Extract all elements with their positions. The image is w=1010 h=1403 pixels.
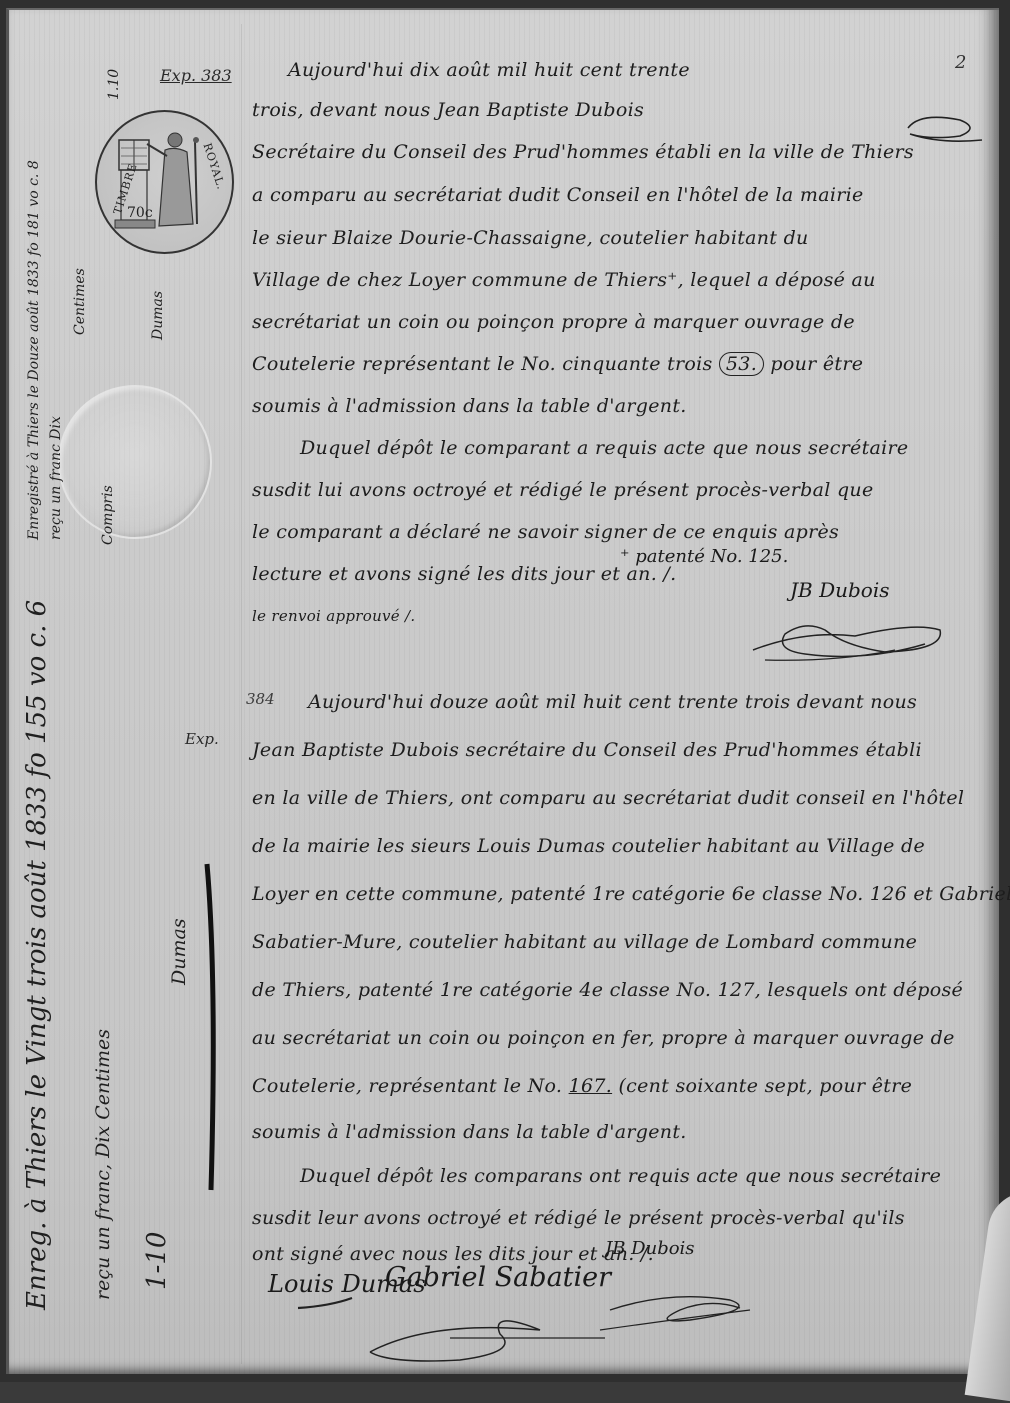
deposited-mark-number-53: 53. xyxy=(719,352,764,376)
entry-1-line-12: le comparant a déclaré ne savoir signer … xyxy=(252,520,839,544)
signature-flourishes-bottom xyxy=(290,1290,990,1382)
entry-2-line-12: susdit leur avons octroyé et rédigé le p… xyxy=(252,1206,905,1230)
entry-2-line-1: Aujourd'hui douze août mil huit cent tre… xyxy=(308,690,917,714)
registration-note-top-compris: Compris xyxy=(100,485,116,545)
entry-1-line-2: trois, devant nous Jean Baptiste Dubois xyxy=(252,98,644,122)
entry-1-line-14: le renvoi approuvé /. xyxy=(252,604,415,628)
signature-dubois-1: JB Dubois xyxy=(790,578,890,602)
entry-1-line-10: Duquel dépôt le comparant a requis acte … xyxy=(300,436,908,460)
scan-frame: 2 Exp. 383 TIMBRE ROYAL. 70c Enregistré … xyxy=(0,0,1010,1382)
margin-reference-top: Exp. 383 xyxy=(160,66,232,85)
entry-1-line-1: Aujourd'hui dix août mil huit cent trent… xyxy=(288,58,690,82)
entry-1-line-6: Village de chez Loyer commune de Thiers⁺… xyxy=(252,268,876,292)
entry-2-line-10: soumis à l'admission dans la table d'arg… xyxy=(252,1120,687,1144)
registration-note-bottom-line2: reçu un franc, Dix Centimes xyxy=(92,1029,114,1300)
signature-dubois-2: JB Dubois xyxy=(605,1238,695,1259)
entry-2-line-11: Duquel dépôt les comparans ont requis ac… xyxy=(300,1164,941,1188)
entry-2-line-6: Sabatier-Mure, coutelier habitant au vil… xyxy=(252,930,917,954)
margin-pen-stroke xyxy=(195,860,225,1200)
registration-fee-top: 1.10 xyxy=(106,69,122,100)
royal-tax-stamp: TIMBRE ROYAL. 70c xyxy=(95,110,234,254)
entry-2-line-9-text: Coutelerie, représentant le No. xyxy=(252,1075,562,1097)
entry-2-line-8: au secrétariat un coin ou poinçon en fer… xyxy=(252,1026,955,1050)
margin-rule xyxy=(241,24,242,1364)
margin-reference-bottom: Exp. xyxy=(185,730,219,748)
entry-1-line-7: secrétariat un coin ou poinçon propre à … xyxy=(252,310,855,334)
registration-note-top-line1: Enregistré à Thiers le Douze août 1833 f… xyxy=(26,160,42,540)
entry-2-line-7: de Thiers, patenté 1re catégorie 4e clas… xyxy=(252,978,963,1002)
registrar-signature-bottom: Dumas xyxy=(168,918,190,985)
deposited-mark-number-167: 167. xyxy=(569,1075,613,1097)
entry-number-2: 384 xyxy=(246,690,275,708)
patent-annotation: ⁺ patenté No. 125. xyxy=(620,546,788,567)
entry-2-line-9: Coutelerie, représentant le No. 167. (ce… xyxy=(252,1074,912,1098)
entry-1-line-3: Secrétaire du Conseil des Prud'hommes ét… xyxy=(252,140,914,164)
marginal-flourish-top-right xyxy=(900,88,990,158)
embossed-seal xyxy=(58,385,212,539)
entry-1-line-4: a comparu au secrétariat dudit Conseil e… xyxy=(252,183,864,207)
entry-1-line-5: le sieur Blaize Dourie-Chassaigne, coute… xyxy=(252,226,809,250)
registration-fee-bottom: 1-10 xyxy=(142,1232,172,1290)
entry-2-line-2: Jean Baptiste Dubois secrétaire du Conse… xyxy=(252,738,922,762)
entry-1-line-8-text: Coutelerie représentant le No. cinquante… xyxy=(252,353,713,375)
entry-2-line-3: en la ville de Thiers, ont comparu au se… xyxy=(252,786,964,810)
registration-note-top-line2: reçu un franc Dix xyxy=(48,416,64,540)
entry-2-line-5: Loyer en cette commune, patenté 1re caté… xyxy=(252,882,1010,906)
signature-gabriel-sabatier: Gabriel Sabatier xyxy=(385,1262,611,1293)
entry-2-line-4: de la mairie les sieurs Louis Dumas cout… xyxy=(252,834,925,858)
signature-flourish-1 xyxy=(745,600,955,670)
entry-1-line-9: soumis à l'admission dans la table d'arg… xyxy=(252,394,687,418)
entry-2-line-9-tail: (cent soixante sept, pour être xyxy=(618,1075,912,1097)
entry-1-line-13: lecture et avons signé les dits jour et … xyxy=(252,562,676,586)
entry-1-line-8-tail: pour être xyxy=(770,353,863,375)
entry-1-line-11: susdit lui avons octroyé et rédigé le pr… xyxy=(252,478,874,502)
page-number: 2 xyxy=(955,52,966,73)
entry-1-line-8: Coutelerie représentant le No. cinquante… xyxy=(252,352,863,376)
registration-note-bottom-line1: Enreg. à Thiers le Vingt trois août 1833… xyxy=(22,600,52,1310)
registrar-signature-top: Dumas xyxy=(150,291,166,340)
stamp-value: 70c xyxy=(127,205,153,221)
registration-note-top-line3: Centimes xyxy=(72,268,88,335)
